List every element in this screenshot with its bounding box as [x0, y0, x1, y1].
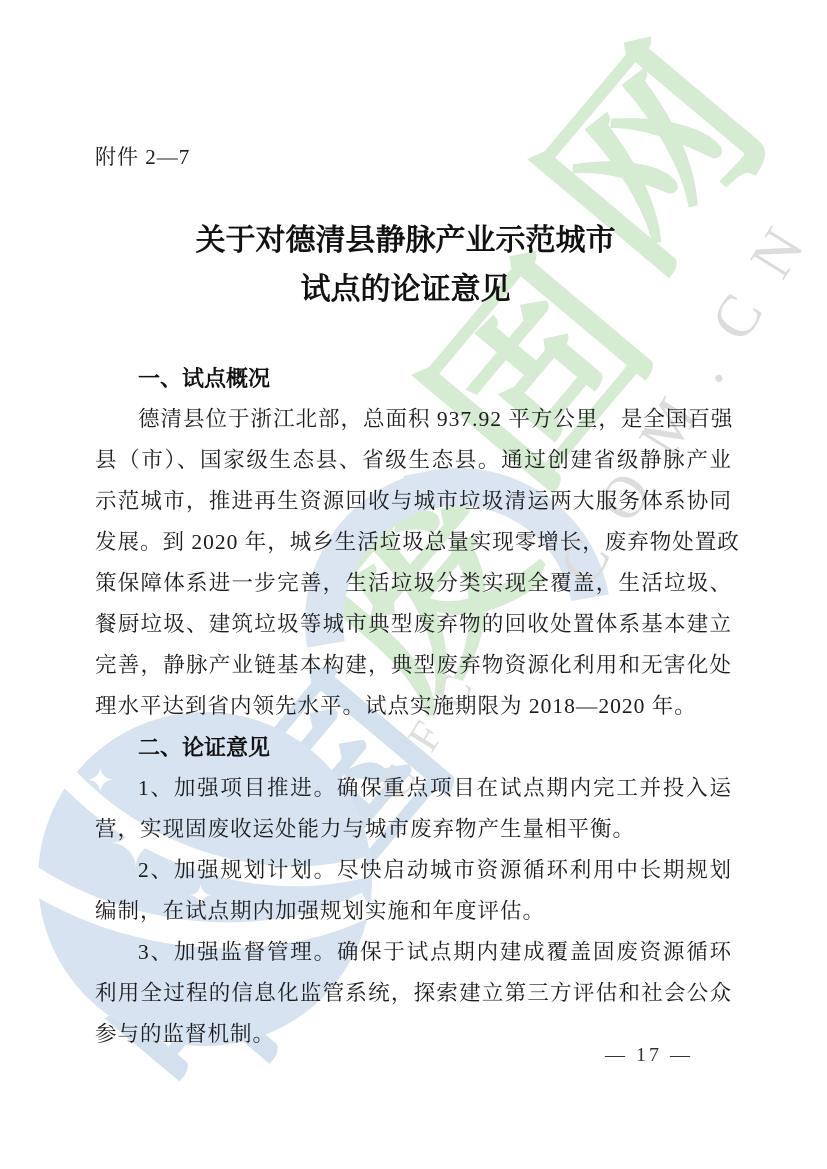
body-text-line: 利用全过程的信息化监管系统，探索建立第三方评估和社会公众: [95, 973, 732, 1014]
body-text-line: 餐厨垃圾、建筑垃圾等城市典型废弃物的回收处置体系基本建立: [95, 604, 732, 645]
body-text-line: 3、加强监督管理。确保于试点期内建成覆盖固废资源循环: [95, 932, 732, 973]
document-page: 网固废国中 ✦✦✦✦ COM.CN CFC 附件 2—7 关于对德清县静脉产业示…: [0, 0, 827, 1169]
body-text-line: 德清县位于浙江北部，总面积 937.92 平方公里，是全国百强: [95, 399, 732, 440]
document-title-line-2: 试点的论证意见: [87, 265, 724, 314]
body-text-line: 营，实现固废收运处能力与城市废弃物产生量相平衡。: [95, 809, 732, 850]
body-text-line: 发展。到 2020 年，城乡生活垃圾总量实现零增长，废弃物处置政: [95, 522, 732, 563]
body-text-line: 完善，静脉产业链基本构建，典型废弃物资源化利用和无害化处: [95, 645, 732, 686]
section-1-heading: 一、试点概况: [95, 358, 732, 399]
body-text-line: 编制，在试点期内加强规划实施和年度评估。: [95, 891, 732, 932]
body-text-line: 县（市）、国家级生态县、省级生态县。通过创建省级静脉产业: [95, 440, 732, 481]
body-text-line: 理水平达到省内领先水平。试点实施期限为 2018—2020 年。: [95, 686, 732, 727]
attachment-label: 附件 2—7: [95, 141, 190, 171]
body-text-line: 1、加强项目推进。确保重点项目在试点期内完工并投入运: [95, 768, 732, 809]
body-text-line: 策保障体系进一步完善，生活垃圾分类实现全覆盖，生活垃圾、: [95, 563, 732, 604]
document-body: 一、试点概况 德清县位于浙江北部，总面积 937.92 平方公里，是全国百强县（…: [95, 358, 732, 1055]
document-content: 附件 2—7 关于对德清县静脉产业示范城市 试点的论证意见 一、试点概况 德清县…: [95, 0, 732, 1169]
document-title: 关于对德清县静脉产业示范城市 试点的论证意见: [87, 216, 724, 314]
section-2-heading: 二、论证意见: [95, 727, 732, 768]
page-number: — 17 —: [605, 1044, 693, 1067]
body-text-line: 示范城市，推进再生资源回收与城市垃圾清运两大服务体系协同: [95, 481, 732, 522]
body-text-line: 2、加强规划计划。尽快启动城市资源循环利用中长期规划: [95, 850, 732, 891]
document-title-line-1: 关于对德清县静脉产业示范城市: [87, 216, 724, 265]
